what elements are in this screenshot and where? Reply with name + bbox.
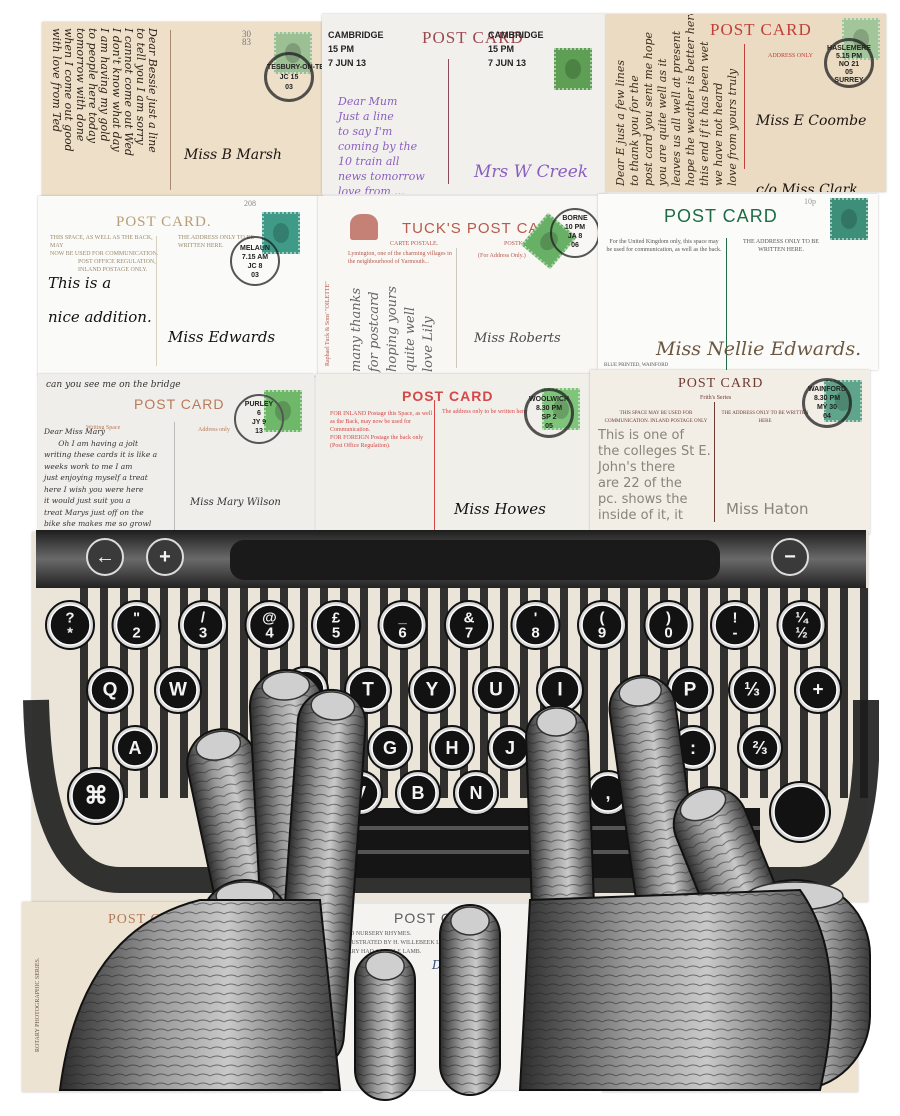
postcard-haton: POST CARD Frith's Series THIS SPACE MAY … [590,370,870,534]
publisher: BLUE PRINTED, WAINFORD [604,362,668,370]
cancel-mark-right: CAMBRIDGE 15 PM 7 JUN 13 [488,28,544,70]
postcard-title: POST CARD. [108,912,198,928]
address-note: (For Address Only.) [478,252,526,260]
postcard-address: Miss B Marsh 4 Redland park Clifton Bris… [184,88,293,197]
cancel-mark-left: CAMBRIDGE 15 PM 7 JUN 13 [328,28,384,70]
postcard-title: POST CARD [664,206,778,227]
stamp-icon [830,198,868,240]
postcard-address: Miss E Coombe c/o Miss Clark 28 Radnor P… [756,64,886,192]
postcard-title: POST CARD [134,396,224,412]
postcard-title: POST CARD [678,376,763,392]
carte-postale: CARTE POSTALE. [390,240,438,248]
postcard-title: POST CARD [394,910,484,926]
postcard-message: Dear Miss Mary Oh I am having a jolt wri… [44,426,157,530]
right-print: THE ADDRESS ONLY TO BE WRITTEN HERE [720,410,810,426]
postcard-howes: POST CARD FOR INLAND Postage this Space,… [316,374,592,534]
postcard-title: POST CARD [402,388,493,404]
postcard-message: This is a nice addition. [48,266,152,334]
postmark: PURLEY 6 JY 9 13 [234,394,284,444]
postcard-wilson: can you see me on the bridge POST CARD W… [38,374,314,530]
postcard-message: Dear E just a few lines to thank you for… [614,14,740,186]
postcard-address: Miss Howes Marlyhurst Palmers Green [454,444,582,534]
description-print: Lymington, one of the charming villages … [348,250,453,266]
print-lines: OLD NURSERY RHYMES.ILLUSTRATED BY H. WIL… [342,930,462,957]
postcard-edwards-1: POST CARD. 208 THIS SPACE, AS WELL AS TH… [38,196,318,376]
left-print: THIS SPACE MAY BE USED FOR COMMUNICATION… [604,410,708,426]
postcard-message: Dear Bessie just a line to tell you I am… [50,28,158,156]
side-print: Raphael Tuck & Sons' "OILETTE" [324,281,332,366]
postcard-address: Miss Mary Wilson Coggle House 94 Nightin… [190,450,294,530]
postcard-creek: POST CARD CAMBRIDGE 15 PM 7 JUN 13 CAMBR… [322,14,606,194]
left-print: For the United Kingdom only, this space … [606,238,722,254]
postcard-address: Miss Roberts c/o Mrs Bird Parnphill King… [474,286,576,374]
postmark: BORNE 10 PM JA 8 06 [550,208,598,258]
postcard-title: POST CARD. [116,214,212,231]
postcard-edwards-2: POST CARD 10p For the United Kingdom onl… [598,194,878,370]
postcard-coombe: POST CARD ADDRESS ONLY HASLEMERE 5.15 PM… [606,14,886,192]
address-only-label: ADDRESS ONLY [768,52,813,60]
pencil-note: 30 83 [242,30,251,46]
postcard-marsh: Dear Bessie just a line to tell you I am… [42,22,322,197]
postcard-nursery: POST CARD OLD NURSERY RHYMES.ILLUSTRATED… [322,904,602,1090]
postcard-message: Dear Zoe, How did fac... [432,956,492,1028]
postcard-message: many thanks for postcard hoping yours qu… [348,286,438,372]
address-only-label: Address only [198,426,230,434]
postcard-typewriter-background [32,532,868,902]
top-note: can you see me on the bridge [46,380,181,390]
postcard-rotary: POST CARD. ROTARY PHOTOGRAPHIC SERIES. [22,902,322,1092]
left-print: FOR INLAND Postage this Space, as wellas… [330,410,434,450]
postcard-message: This is one of the colleges St E. John's… [598,428,711,524]
postcard-address: Mrs W Creek Little Shelford Nr Ely [474,92,599,194]
postcard-address: Miss Haton Ashford House Ashford Middles… [726,454,870,534]
pencil-note: 10p [804,198,816,206]
postcard-message: Dear Mum Just a line to say I'm coming b… [338,94,425,194]
right-print: THE ADDRESS ONLY TO BE WRITTEN HERE. [738,238,824,254]
postcard-roberts: TUCK'S POST CARD. CARTE POSTALE. POSTKAR… [318,196,598,374]
royal-crest-icon [350,214,378,240]
stamp-icon [554,48,592,90]
pencil-note: 208 [244,200,256,208]
right-print: The address only to be written here [442,408,527,416]
postcard-bottom-right [602,912,858,1092]
side-print: ROTARY PHOTOGRAPHIC SERIES. [34,958,42,1052]
series-label: Frith's Series [700,394,731,402]
postmark: WOOLWICH 8.30 PM SP 2 05 [524,388,574,438]
postcard-address: Miss Edwards Victoria Park Road. Leicest… [168,262,318,376]
postcard-address: Miss Nellie Edwards. Victoria Park Road … [656,264,867,370]
postmark: WAINFORD 8.30 PM MY 30 04 [802,378,852,428]
